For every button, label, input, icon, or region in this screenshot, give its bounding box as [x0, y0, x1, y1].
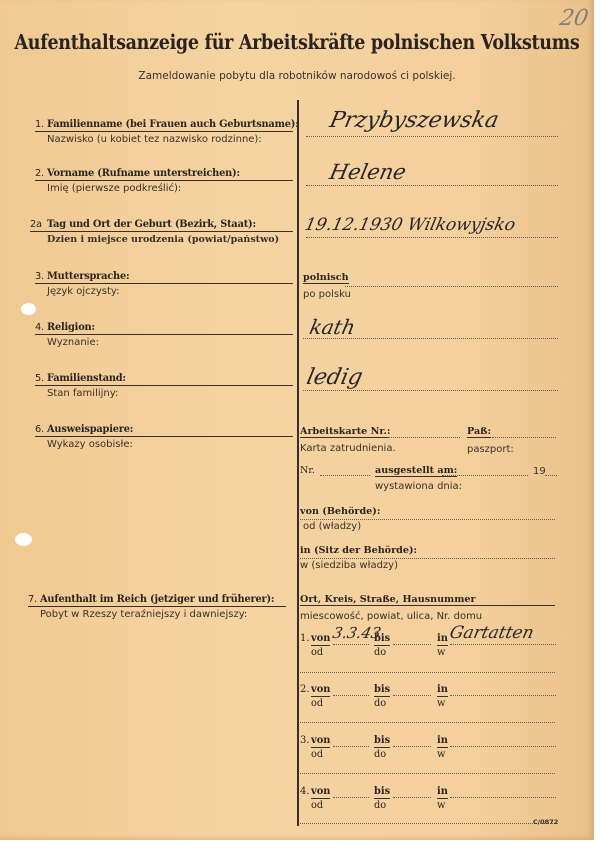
- row-number: 4.: [300, 786, 310, 797]
- label-pl: Imię (pierwsze podkreślić):: [35, 181, 293, 194]
- von-od: vonod: [311, 786, 330, 811]
- dotted-line: [306, 185, 558, 186]
- label-von-behoerde: von (Behörde):: [300, 506, 380, 517]
- pass-input[interactable]: [492, 437, 556, 438]
- von-od: vonod: [311, 735, 330, 760]
- field-mother-tongue: 3.Muttersprache: Język ojczysty:: [35, 271, 293, 297]
- dotted-line: [333, 644, 369, 645]
- label-siedziba: w (siedziba władzy): [300, 560, 398, 571]
- label-year-prefix: 19: [533, 466, 546, 477]
- bis-do: bisdo: [374, 633, 390, 658]
- label-od-wladzy: od (władzy): [303, 521, 361, 532]
- label-sitz: in (Sitz der Behörde):: [300, 545, 417, 556]
- nr-input[interactable]: [320, 475, 370, 476]
- year-input[interactable]: [545, 475, 557, 476]
- value-mother-tongue-de[interactable]: polnisch: [303, 272, 349, 284]
- label-de: Aufenthalt im Reich (jetziger und früher…: [40, 594, 274, 605]
- row-number: 1.: [300, 633, 310, 644]
- field-birth: 2aTag und Ort der Geburt (Bezirk, Staat)…: [30, 219, 293, 245]
- label-pl: Stan familijny:: [35, 386, 293, 399]
- punch-hole: [15, 533, 32, 546]
- label-pl: Język ojczysty:: [35, 284, 293, 297]
- in-w: inw: [437, 735, 448, 760]
- label-pl: Wykazy osobisłe:: [35, 437, 293, 450]
- row3-place-input[interactable]: [450, 746, 556, 747]
- bis-do: bisdo: [374, 684, 390, 709]
- value-birth[interactable]: 19.12.1930 Wilkowyjsko: [303, 215, 517, 235]
- label-de: Ausweispapiere:: [47, 424, 133, 435]
- label-paszport: paszport:: [467, 444, 514, 455]
- label-pl: Dzien i miejsce urodzenia (powiat/państw…: [30, 232, 293, 245]
- label-arbeitskarte: Arbeitskarte Nr.:: [300, 426, 390, 438]
- in-w: inw: [437, 786, 448, 811]
- label-pl: Nazwisko (u kobiet tez nazwisko rodzinne…: [35, 132, 293, 145]
- page-number: 20: [558, 6, 590, 31]
- label-de: Tag und Ort der Geburt (Bezirk, Staat):: [47, 219, 256, 230]
- label-de: Familienstand:: [47, 373, 126, 384]
- dotted-line: [450, 644, 556, 645]
- in-w: inw: [437, 684, 448, 709]
- row1-address-line[interactable]: [300, 672, 555, 673]
- value-family-name[interactable]: Przybyszewska: [327, 108, 501, 133]
- residence-header-de: Ort, Kreis, Straße, Hausnummer: [300, 594, 555, 606]
- row4-from-input[interactable]: [333, 797, 369, 798]
- label-karta: Karta zatrudnienia.: [300, 443, 396, 454]
- field-first-name: 2.Vorname (Rufname unterstreichen): Imię…: [35, 168, 293, 194]
- field-residence-reich: 7.Aufenthalt im Reich (jetziger und früh…: [28, 594, 286, 620]
- row1-place-value[interactable]: Gartatten: [448, 623, 536, 643]
- column-divider: [297, 100, 299, 826]
- dotted-line: [306, 237, 558, 238]
- form-subtitle: Zameldowanie pobytu dla robotników narod…: [0, 70, 594, 82]
- value-religion[interactable]: kath: [307, 315, 357, 339]
- row4-to-input[interactable]: [393, 797, 431, 798]
- von-od: vonod: [311, 684, 330, 709]
- residence-header-pl: miescowość, powiat, ulica, Nr. domu: [300, 611, 482, 622]
- field-id-papers: 6.Ausweispapiere: Wykazy osobisłe:: [35, 424, 293, 450]
- ausgestellt-input[interactable]: [442, 475, 528, 476]
- field-marital-status: 5.Familienstand: Stan familijny:: [35, 373, 293, 399]
- value-mother-tongue-pl: po polsku: [303, 289, 351, 300]
- dotted-line: [306, 136, 558, 137]
- row2-from-input[interactable]: [333, 695, 369, 696]
- row-number: 3.: [300, 735, 310, 746]
- bis-do: bisdo: [374, 735, 390, 760]
- label-de: Muttersprache:: [47, 271, 129, 282]
- von-od: vonod: [311, 633, 330, 658]
- punch-hole: [21, 303, 36, 315]
- row2-to-input[interactable]: [393, 695, 431, 696]
- arbeitskarte-input[interactable]: [388, 437, 460, 438]
- row4-address-line[interactable]: [300, 823, 555, 824]
- label-de: Familienname (bei Frauen auch Geburtsnam…: [47, 119, 299, 130]
- bis-do: bisdo: [374, 786, 390, 811]
- field-religion: 4.Religion: Wyznanie:: [35, 322, 293, 348]
- row-number: 2.: [300, 684, 310, 695]
- label-pass: Paß:: [467, 426, 491, 438]
- row3-from-input[interactable]: [333, 746, 369, 747]
- form-code: C/0872: [533, 818, 558, 826]
- row2-place-input[interactable]: [450, 695, 556, 696]
- label-nr: Nr.: [300, 465, 315, 476]
- row3-to-input[interactable]: [393, 746, 431, 747]
- row1-to-input[interactable]: [393, 644, 431, 645]
- row4-place-input[interactable]: [450, 797, 556, 798]
- dotted-line: [345, 286, 558, 287]
- in-w: inw: [437, 633, 448, 658]
- dotted-line: [303, 390, 558, 391]
- form-title: Aufenthaltsanzeige für Arbeitskräfte pol…: [0, 32, 594, 55]
- label-pl: Pobyt w Rzeszy teraźniejszy i dawniejszy…: [28, 607, 286, 620]
- label-pl: Wyznanie:: [35, 335, 293, 348]
- label-wystawiona: wystawiona dnia:: [375, 481, 462, 492]
- form-page: 20 Aufenthaltsanzeige für Arbeitskräfte …: [0, 0, 594, 840]
- row3-address-line[interactable]: [300, 773, 555, 774]
- behoerde-input[interactable]: [300, 519, 555, 520]
- label-de: Vorname (Rufname unterstreichen):: [47, 168, 240, 179]
- row2-address-line[interactable]: [300, 722, 555, 723]
- sitz-input[interactable]: [300, 558, 555, 559]
- dotted-line: [303, 338, 558, 339]
- value-first-name[interactable]: Helene: [327, 160, 408, 184]
- label-de: Religion:: [47, 322, 95, 333]
- value-marital-status[interactable]: ledig: [304, 365, 365, 390]
- field-family-name: 1.Familienname (bei Frauen auch Geburtsn…: [35, 119, 293, 145]
